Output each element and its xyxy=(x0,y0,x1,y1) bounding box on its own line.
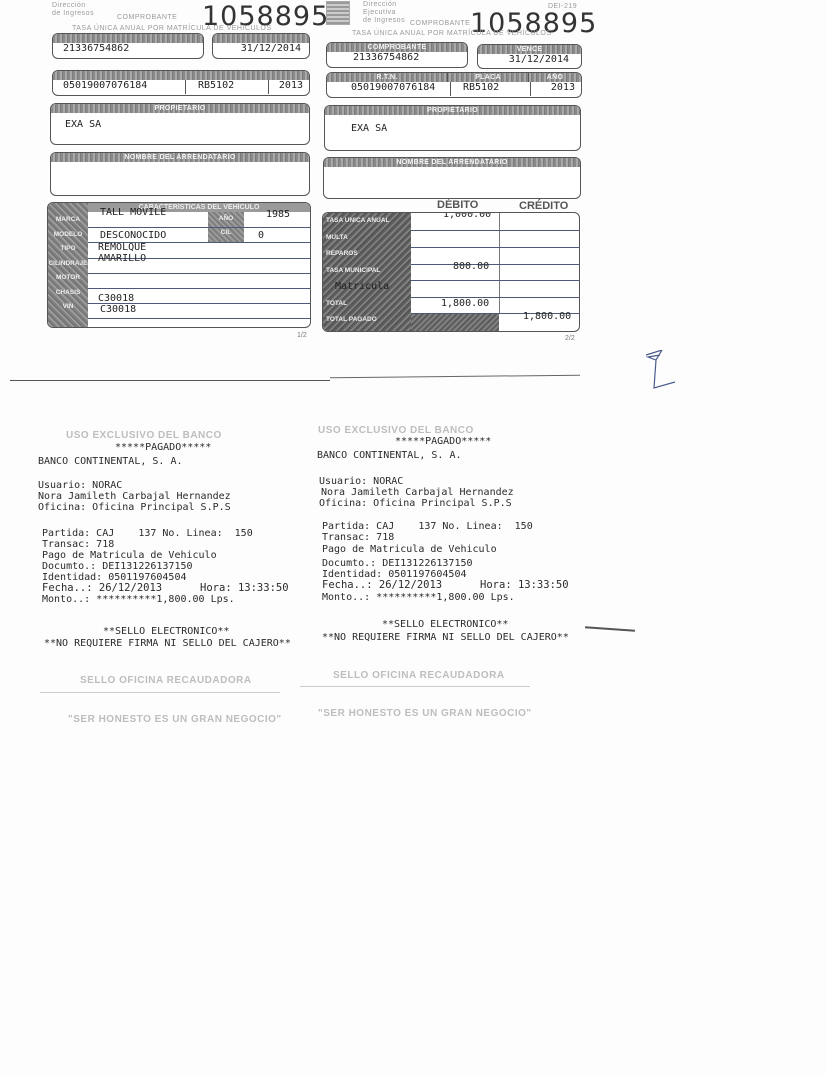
issuer-block: Dirección de Ingresos xyxy=(52,2,94,18)
handwritten-mark-icon xyxy=(640,350,690,400)
fecha-hora: Fecha..: 26/12/2013 Hora: 13:33:50 xyxy=(42,583,289,595)
sello-oficina-watermark: SELLO OFICINA RECAUDADORA xyxy=(333,670,505,681)
paid-marker: *****PAGADO***** xyxy=(115,442,211,454)
vence-label: VENCE xyxy=(478,45,581,54)
sello-electronico: **SELLO ELECTRONICO** xyxy=(103,626,229,638)
placa-label: PLACA xyxy=(448,73,529,82)
placa-value: RB5102 xyxy=(451,82,531,96)
label-total: TOTAL xyxy=(323,296,411,313)
cil-label: CIL xyxy=(208,226,244,240)
label-tipo: TIPO xyxy=(48,242,88,257)
label-vin: VIN xyxy=(48,300,88,315)
subtitle: TASA ÚNICA ANUAL POR MATRÍCULA DE VEHÍCU… xyxy=(72,25,272,32)
vence-field: 31/12/2014 xyxy=(212,33,310,59)
anio-value: 2013 xyxy=(531,82,581,96)
no-firma-notice: **NO REQUIERE FIRMA NI SELLO DEL CAJERO*… xyxy=(44,638,291,650)
cut-line xyxy=(330,375,580,379)
page-label-left: 1/2 xyxy=(297,332,307,339)
tipo-value: REMOLQUE xyxy=(98,242,146,253)
receipt-edge xyxy=(40,692,280,693)
label-motor: MOTOR xyxy=(48,271,88,286)
field-label-bar xyxy=(53,71,309,80)
column-divider xyxy=(499,213,500,313)
comprobante-title: COMPROBANTE xyxy=(117,14,177,21)
arrendatario-label: NOMBRE DEL ARRENDATARIO xyxy=(324,158,580,167)
field-label-bar xyxy=(53,34,203,43)
arrendatario-value xyxy=(51,162,309,168)
marca-value: TALL MOVILE xyxy=(100,207,166,218)
bank-name: BANCO CONTINENTAL, S. A. xyxy=(38,456,183,468)
sello-electronico: **SELLO ELECTRONICO** xyxy=(382,619,508,631)
documento: Documto.: DEI131226137150 xyxy=(322,558,473,570)
oficina: Oficina: Oficina Principal S.P.S xyxy=(38,502,231,514)
financial-labels-column: TASA UNICA ANUAL MULTA REPAROS TASA MUNI… xyxy=(323,213,411,331)
label-cilindraje: CILINDRAJE xyxy=(48,257,88,272)
slogan: "SER HONESTO ES UN GRAN NEGOCIO" xyxy=(68,714,282,725)
partida: Partida: CAJ 137 No. Linea: 150 xyxy=(42,528,253,540)
financial-table: TASA UNICA ANUAL MULTA REPAROS TASA MUNI… xyxy=(322,212,580,332)
tasa-municipal-debito: 800.00 xyxy=(453,261,489,272)
comprobante-label: COMPROBANTE xyxy=(327,43,467,52)
comprobante-title: COMPROBANTE xyxy=(410,20,470,27)
vehicle-labels-column: MARCA MODELO TIPO CILINDRAJE MOTOR CHASI… xyxy=(48,203,88,327)
tasa-unica-debito: 1,000.00 xyxy=(443,212,491,220)
paid-marker: *****PAGADO***** xyxy=(395,436,491,448)
total-debito: 1,800.00 xyxy=(441,298,489,309)
cut-line xyxy=(10,380,330,381)
arrendatario-field: NOMBRE DEL ARRENDATARIO xyxy=(50,152,310,196)
slogan: "SER HONESTO ES UN GRAN NEGOCIO" xyxy=(318,708,532,719)
label-tasa-unica: TASA UNICA ANUAL xyxy=(323,213,411,230)
propietario-label: PROPIETARIO xyxy=(51,104,309,113)
comprobante-value: 21336754862 xyxy=(327,52,467,63)
credito-header: CRÉDITO xyxy=(519,200,568,212)
label-tasa-municipal: TASA MUNICIPAL xyxy=(323,263,411,280)
label-reparos: REPAROS xyxy=(323,246,411,263)
receipt-edge xyxy=(300,686,530,687)
vehicle-characteristics: MARCA MODELO TIPO CILINDRAJE MOTOR CHASI… xyxy=(47,202,311,328)
color-value: AMARILLO xyxy=(98,253,146,264)
matricula-stamp: Matricula xyxy=(323,279,411,296)
rtn-placa-year-field: 05019007076184 RB5102 2013 xyxy=(52,70,310,96)
monto: Monto..: **********1,800.00 Lps. xyxy=(42,594,235,606)
label-total-pagado: TOTAL PAGADO xyxy=(323,312,411,329)
subtitle: TASA ÚNICA ANUAL POR MATRÍCULA DE VEHÍCU… xyxy=(352,30,552,37)
vehicle-year-value: 1985 xyxy=(266,209,290,220)
issuer-line: de Ingresos xyxy=(52,10,94,17)
comprobante-field: 21336754862 xyxy=(52,33,204,59)
total-pagado-credito: 1,800.00 xyxy=(523,311,571,322)
bank-name: BANCO CONTINENTAL, S. A. xyxy=(317,450,462,462)
issuer-line: Dirección xyxy=(363,1,397,8)
chasis-value: C30018 xyxy=(98,293,134,304)
anio-value: 2013 xyxy=(269,80,309,94)
propietario-value: EXA SA xyxy=(325,115,580,134)
pen-stroke xyxy=(585,626,635,631)
sello-oficina-watermark: SELLO OFICINA RECAUDADORA xyxy=(80,675,252,686)
debito-header: DÉBITO xyxy=(437,199,478,211)
issuer-line: Ejecutiva xyxy=(363,9,396,16)
anio-label: AÑO xyxy=(529,73,581,82)
total-pagado-shaded-cell xyxy=(411,313,499,331)
modelo-value: DESCONOCIDO xyxy=(100,230,166,241)
propietario-value: EXA SA xyxy=(51,113,309,130)
rtn-label: R.T.N. xyxy=(327,73,448,82)
concepto: Pago de Matricula de Vehiculo xyxy=(42,550,217,562)
usuario: Usuario: NORAC xyxy=(319,476,403,488)
bank-use-watermark: USO EXCLUSIVO DEL BANCO xyxy=(66,430,222,441)
vence-value: 31/12/2014 xyxy=(478,54,581,65)
oficina: Oficina: Oficina Principal S.P.S xyxy=(319,498,512,510)
propietario-field: PROPIETARIO EXA SA xyxy=(50,103,310,145)
anio-label: AÑO xyxy=(208,212,244,226)
concepto: Pago de Matricula de Vehiculo xyxy=(322,544,497,556)
usuario: Usuario: NORAC xyxy=(38,480,122,492)
cajero-nombre: Nora Jamileth Carbajal Hernandez xyxy=(38,491,231,503)
comprobante-value: 21336754862 xyxy=(53,43,203,54)
transaccion: Transac: 718 xyxy=(42,539,114,551)
propietario-field: PROPIETARIO EXA SA xyxy=(324,105,581,151)
no-firma-notice: **NO REQUIERE FIRMA NI SELLO DEL CAJERO*… xyxy=(322,632,569,644)
arrendatario-field: NOMBRE DEL ARRENDATARIO xyxy=(323,157,581,199)
rtn-value: 05019007076184 xyxy=(53,80,186,94)
partida: Partida: CAJ 137 No. Linea: 150 xyxy=(322,521,533,533)
comprobante-field: COMPROBANTE 21336754862 xyxy=(326,42,468,68)
rtn-placa-year-field: R.T.N. PLACA AÑO 05019007076184 RB5102 2… xyxy=(326,72,582,98)
label-marca: MARCA xyxy=(48,213,88,228)
label-multa: MULTA xyxy=(323,230,411,247)
issuer-line: Dirección xyxy=(52,2,86,9)
dei-logo-icon xyxy=(326,1,350,25)
rtn-value: 05019007076184 xyxy=(327,82,451,96)
cajero-nombre: Nora Jamileth Carbajal Hernandez xyxy=(321,487,514,499)
arrendatario-label: NOMBRE DEL ARRENDATARIO xyxy=(51,153,309,162)
vence-value: 31/12/2014 xyxy=(213,43,309,54)
documento: Documto.: DEI131226137150 xyxy=(42,561,193,573)
issuer-block: Dirección Ejecutiva de Ingresos xyxy=(363,1,405,25)
label-chasis: CHASIS xyxy=(48,286,88,301)
label-modelo: MODELO xyxy=(48,228,88,243)
issuer-line: de Ingresos xyxy=(363,17,405,24)
page-label-right: 2/2 xyxy=(565,335,575,342)
vin-value: C30018 xyxy=(100,304,136,315)
field-label-bar xyxy=(213,34,309,43)
monto: Monto..: **********1,800.00 Lps. xyxy=(322,592,515,604)
fecha-hora: Fecha..: 26/12/2013 Hora: 13:33:50 xyxy=(322,580,569,592)
cil-value: 0 xyxy=(258,230,264,241)
bank-use-watermark: USO EXCLUSIVO DEL BANCO xyxy=(318,425,474,436)
vence-field: VENCE 31/12/2014 xyxy=(477,44,582,69)
arrendatario-value xyxy=(324,167,580,173)
transaccion: Transac: 718 xyxy=(322,532,394,544)
placa-value: RB5102 xyxy=(186,80,269,94)
propietario-label: PROPIETARIO xyxy=(325,106,580,115)
